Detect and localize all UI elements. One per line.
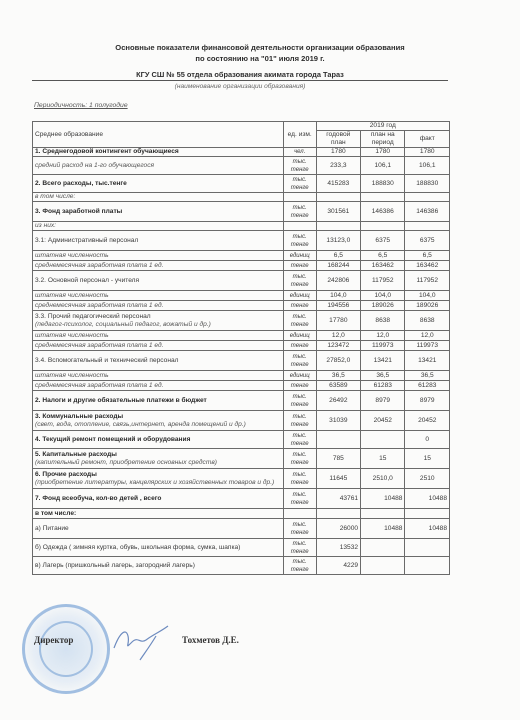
fact-value: 189026 [405, 301, 450, 311]
annual-plan-value: 27852,0 [316, 351, 360, 371]
period-plan-value: 13421 [361, 351, 405, 371]
annual-plan-value: 12,0 [316, 331, 360, 341]
row-label: 3.2. Основной персонал - учителя [33, 271, 284, 291]
title-line-1: Основные показатели финансовой деятельно… [0, 42, 520, 53]
row-label: в) Лагерь (пришкольный лагерь, загородни… [33, 557, 284, 575]
header-period-plan: план на период [361, 131, 405, 148]
director-label: Директор [34, 635, 73, 645]
row-label: а) Питание [33, 519, 284, 539]
annual-plan-value [316, 431, 360, 449]
row-label: 3. Коммунальные расходы(свет, вода, отоп… [33, 411, 284, 431]
row-unit: тенге [283, 341, 316, 351]
row-label: 7. Фонд всеобуча, кол-во детей , всего [33, 489, 284, 509]
period-plan-value: 188830 [361, 175, 405, 193]
row-title: среднемесячная заработная плата 1 ед. [35, 262, 163, 269]
fact-value [405, 557, 450, 575]
period-plan-value: 119973 [361, 341, 405, 351]
row-label: б) Одежда ( зимняя куртка, обувь, школьн… [33, 539, 284, 557]
annual-plan-value: 233,3 [316, 157, 360, 175]
period-plan-value: 106,1 [361, 157, 405, 175]
row-title: 3.2. Основной персонал - учителя [35, 277, 139, 284]
row-title: средний расход на 1-го обучающегося [35, 162, 154, 169]
row-unit: тыс. тенге [283, 391, 316, 411]
period-plan-value [361, 193, 405, 202]
table-row: из них: [33, 222, 450, 231]
financial-report-table: Среднее образование ед. изм. 2019 год го… [32, 121, 450, 575]
period-plan-value: 117952 [361, 271, 405, 291]
period-plan-value: 1780 [361, 148, 405, 157]
table-row: 5. Капитальные расходы(капительный ремон… [33, 449, 450, 469]
fact-value: 15 [405, 449, 450, 469]
fact-value: 10488 [405, 489, 450, 509]
row-label: 5. Капитальные расходы(капительный ремон… [33, 449, 284, 469]
table-row: 7. Фонд всеобуча, кол-во детей , всеготы… [33, 489, 450, 509]
annual-plan-value: 63589 [316, 381, 360, 391]
period-plan-value [361, 509, 405, 519]
row-subtitle: (капительный ремонт, приобретение основн… [35, 459, 281, 467]
table-row: а) Питаниетыс. тенге260001048810488 [33, 519, 450, 539]
table-row: 1. Среднегодовой контингент обучающиесяч… [33, 148, 450, 157]
table-row: 3.1: Административный персоналтыс. тенге… [33, 231, 450, 251]
annual-plan-value: 26000 [316, 519, 360, 539]
table-row: среднемесячная заработная плата 1 ед.тен… [33, 381, 450, 391]
row-unit: тыс. тенге [283, 411, 316, 431]
annual-plan-value: 13123,0 [316, 231, 360, 251]
period-plan-value [361, 222, 405, 231]
header-fact: факт [405, 131, 450, 148]
organization-caption: (наименование организации образования) [32, 83, 448, 90]
row-unit: тыс. тенге [283, 449, 316, 469]
period-plan-value: 6375 [361, 231, 405, 251]
annual-plan-value [316, 222, 360, 231]
period-plan-value: 104,0 [361, 291, 405, 301]
row-unit: тыс. тенге [283, 557, 316, 575]
fact-value: 13421 [405, 351, 450, 371]
fact-value: 6,5 [405, 251, 450, 261]
fact-value: 106,1 [405, 157, 450, 175]
table-row: среднемесячная заработная плата 1 ед.тен… [33, 261, 450, 271]
header-annual-plan: годовой план [316, 131, 360, 148]
row-unit: тыс. тенге [283, 157, 316, 175]
row-unit: единиц [283, 251, 316, 261]
row-title: 4. Текущий ремонт помещений и оборудован… [35, 436, 190, 443]
signature-icon [110, 622, 180, 662]
table-row: 3. Фонд заработной платытыс. тенге301561… [33, 202, 450, 222]
period-plan-value [361, 557, 405, 575]
row-unit: тыс. тенге [283, 311, 316, 331]
row-label: среднемесячная заработная плата 1 ед. [33, 381, 284, 391]
row-label: 3.4. Вспомогательный и технический персо… [33, 351, 284, 371]
row-label: 6. Прочие расходы(приобретение литератур… [33, 469, 284, 489]
annual-plan-value: 1780 [316, 148, 360, 157]
table-row: 3.3. Прочий педагогический персонал(педа… [33, 311, 450, 331]
director-name: Тохметов Д.Е. [182, 635, 239, 645]
table-row: среднемесячная заработная плата 1 ед.тен… [33, 301, 450, 311]
row-title: среднемесячная заработная плата 1 ед. [35, 342, 163, 349]
row-label: из них: [33, 222, 284, 231]
table-row: 3.2. Основной персонал - учителятыс. тен… [33, 271, 450, 291]
row-unit: единиц [283, 291, 316, 301]
row-title: 3.1: Административный персонал [35, 237, 138, 244]
row-title: 1. Среднегодовой контингент обучающиеся [35, 148, 179, 155]
row-label: штатная численность [33, 371, 284, 381]
row-label: среднемесячная заработная плата 1 ед. [33, 301, 284, 311]
table-row: средний расход на 1-го обучающегосятыс. … [33, 157, 450, 175]
row-title: штатная численность [35, 332, 109, 339]
row-unit: тенге [283, 301, 316, 311]
period-plan-value: 6,5 [361, 251, 405, 261]
row-title: 3. Фонд заработной платы [35, 208, 122, 215]
fact-value: 1780 [405, 148, 450, 157]
fact-value: 8979 [405, 391, 450, 411]
row-label: средний расход на 1-го обучающегося [33, 157, 284, 175]
annual-plan-value: 4229 [316, 557, 360, 575]
table-row: 3. Коммунальные расходы(свет, вода, отоп… [33, 411, 450, 431]
fact-value: 12,0 [405, 331, 450, 341]
annual-plan-value: 104,0 [316, 291, 360, 301]
row-label: штатная численность [33, 291, 284, 301]
annual-plan-value [316, 509, 360, 519]
row-unit: тыс. тенге [283, 231, 316, 251]
row-unit [283, 222, 316, 231]
period-plan-value: 36,5 [361, 371, 405, 381]
row-title: среднемесячная заработная плата 1 ед. [35, 302, 163, 309]
row-title: штатная численность [35, 292, 109, 299]
fact-value: 119973 [405, 341, 450, 351]
table-row: 2. Всего расходы, тыс.тенгетыс. тенге415… [33, 175, 450, 193]
row-title: б) Одежда ( зимняя куртка, обувь, школьн… [35, 544, 240, 551]
row-label: 2. Всего расходы, тыс.тенге [33, 175, 284, 193]
row-title: 3. Коммунальные расходы [35, 413, 123, 420]
row-title: в том числе: [35, 193, 75, 200]
fact-value: 188830 [405, 175, 450, 193]
period-plan-value: 10488 [361, 519, 405, 539]
row-title: 7. Фонд всеобуча, кол-во детей , всего [35, 495, 161, 502]
table-row: штатная численностьединиц36,536,536,5 [33, 371, 450, 381]
row-title: 5. Капитальные расходы [35, 451, 117, 458]
row-label: 3. Фонд заработной платы [33, 202, 284, 222]
row-title: 6. Прочие расходы [35, 471, 97, 478]
row-unit: единиц [283, 331, 316, 341]
row-unit: тыс. тенге [283, 519, 316, 539]
row-title: 2. Налоги и другие обязательные платежи … [35, 397, 207, 404]
annual-plan-value: 301561 [316, 202, 360, 222]
official-seal [22, 604, 110, 694]
row-title: в) Лагерь (пришкольный лагерь, загородни… [35, 562, 195, 569]
annual-plan-value: 194556 [316, 301, 360, 311]
row-unit [283, 193, 316, 202]
table-row: штатная численностьединиц104,0104,0104,0 [33, 291, 450, 301]
period-plan-value: 8638 [361, 311, 405, 331]
row-label: 4. Текущий ремонт помещений и оборудован… [33, 431, 284, 449]
annual-plan-value: 242806 [316, 271, 360, 291]
annual-plan-value: 168244 [316, 261, 360, 271]
header-section-name: Среднее образование [33, 122, 284, 148]
row-title: 3.4. Вспомогательный и технический персо… [35, 357, 179, 364]
row-unit: чел. [283, 148, 316, 157]
fact-value: 117952 [405, 271, 450, 291]
table-row: в том числе: [33, 509, 450, 519]
row-subtitle: (приобретение литературы, канцелярских и… [35, 479, 281, 487]
period-plan-value: 8979 [361, 391, 405, 411]
fact-value [405, 193, 450, 202]
row-label: в том числе: [33, 509, 284, 519]
annual-plan-value: 17780 [316, 311, 360, 331]
table-row: 4. Текущий ремонт помещений и оборудован… [33, 431, 450, 449]
table-row: в том числе: [33, 193, 450, 202]
table-row: штатная численностьединиц12,012,012,0 [33, 331, 450, 341]
row-title: в том числе: [35, 510, 76, 517]
fact-value: 2510 [405, 469, 450, 489]
row-label: 1. Среднегодовой контингент обучающиеся [33, 148, 284, 157]
row-title: 2. Всего расходы, тыс.тенге [35, 180, 127, 187]
fact-value: 10488 [405, 519, 450, 539]
row-title: штатная численность [35, 372, 109, 379]
fact-value: 36,5 [405, 371, 450, 381]
row-unit: тенге [283, 381, 316, 391]
row-unit: тенге [283, 261, 316, 271]
row-label: 2. Налоги и другие обязательные платежи … [33, 391, 284, 411]
fact-value: 104,0 [405, 291, 450, 301]
document-title: Основные показатели финансовой деятельно… [0, 42, 520, 64]
row-unit: единиц [283, 371, 316, 381]
row-title: 3.3. Прочий педагогический персонал [35, 313, 151, 320]
row-unit: тыс. тенге [283, 202, 316, 222]
row-unit: тыс. тенге [283, 271, 316, 291]
row-title: штатная численность [35, 252, 109, 259]
annual-plan-value: 31039 [316, 411, 360, 431]
row-unit [283, 509, 316, 519]
fact-value: 8638 [405, 311, 450, 331]
annual-plan-value: 36,5 [316, 371, 360, 381]
fact-value: 6375 [405, 231, 450, 251]
row-label: штатная численность [33, 251, 284, 261]
header-unit: ед. изм. [283, 122, 316, 148]
table-row: в) Лагерь (пришкольный лагерь, загородни… [33, 557, 450, 575]
period-plan-value [361, 539, 405, 557]
annual-plan-value: 26492 [316, 391, 360, 411]
period-plan-value: 163462 [361, 261, 405, 271]
row-label: в том числе: [33, 193, 284, 202]
row-unit: тыс. тенге [283, 351, 316, 371]
annual-plan-value [316, 193, 360, 202]
period-plan-value [361, 431, 405, 449]
row-unit: тыс. тенге [283, 469, 316, 489]
period-plan-value: 61283 [361, 381, 405, 391]
table-row: 6. Прочие расходы(приобретение литератур… [33, 469, 450, 489]
fact-value [405, 509, 450, 519]
annual-plan-value: 785 [316, 449, 360, 469]
annual-plan-value: 123472 [316, 341, 360, 351]
fact-value: 0 [405, 431, 450, 449]
table-row: 2. Налоги и другие обязательные платежи … [33, 391, 450, 411]
annual-plan-value: 11645 [316, 469, 360, 489]
row-title: из них: [35, 222, 56, 229]
annual-plan-value: 43761 [316, 489, 360, 509]
fact-value [405, 222, 450, 231]
table-row: б) Одежда ( зимняя куртка, обувь, школьн… [33, 539, 450, 557]
fact-value: 163462 [405, 261, 450, 271]
period-plan-value: 20452 [361, 411, 405, 431]
row-label: среднемесячная заработная плата 1 ед. [33, 341, 284, 351]
fact-value [405, 539, 450, 557]
period-plan-value: 2510,0 [361, 469, 405, 489]
row-subtitle: (педагог-психолог, социальный педагог, в… [35, 321, 281, 329]
row-label: среднемесячная заработная плата 1 ед. [33, 261, 284, 271]
row-unit: тыс. тенге [283, 539, 316, 557]
row-unit: тыс. тенге [283, 431, 316, 449]
period-plan-value: 15 [361, 449, 405, 469]
period-plan-value: 146386 [361, 202, 405, 222]
annual-plan-value: 6,5 [316, 251, 360, 261]
fact-value: 61283 [405, 381, 450, 391]
annual-plan-value: 13532 [316, 539, 360, 557]
period-plan-value: 189026 [361, 301, 405, 311]
fact-value: 20452 [405, 411, 450, 431]
fact-value: 146386 [405, 202, 450, 222]
row-label: 3.1: Административный персонал [33, 231, 284, 251]
period-plan-value: 10488 [361, 489, 405, 509]
row-subtitle: (свет, вода, отопление, связь,интернет, … [35, 421, 281, 429]
organization-name: КГУ СШ № 55 отдела образования акимата г… [32, 70, 448, 81]
row-label: 3.3. Прочий педагогический персонал(педа… [33, 311, 284, 331]
periodicity-label: Периодичность: 1 полугодие [34, 102, 128, 109]
row-unit: тыс. тенге [283, 175, 316, 193]
table-row: штатная численностьединиц6,56,56,5 [33, 251, 450, 261]
row-title: а) Питание [35, 525, 69, 532]
annual-plan-value: 415283 [316, 175, 360, 193]
row-label: штатная численность [33, 331, 284, 341]
table-row: среднемесячная заработная плата 1 ед.тен… [33, 341, 450, 351]
row-title: среднемесячная заработная плата 1 ед. [35, 382, 163, 389]
report-body: 1. Среднегодовой контингент обучающиесяч… [33, 148, 450, 575]
period-plan-value: 12,0 [361, 331, 405, 341]
title-line-2: по состоянию на "01" июля 2019 г. [0, 53, 520, 64]
header-year: 2019 год [316, 122, 449, 131]
table-row: 3.4. Вспомогательный и технический персо… [33, 351, 450, 371]
row-unit: тыс. тенге [283, 489, 316, 509]
